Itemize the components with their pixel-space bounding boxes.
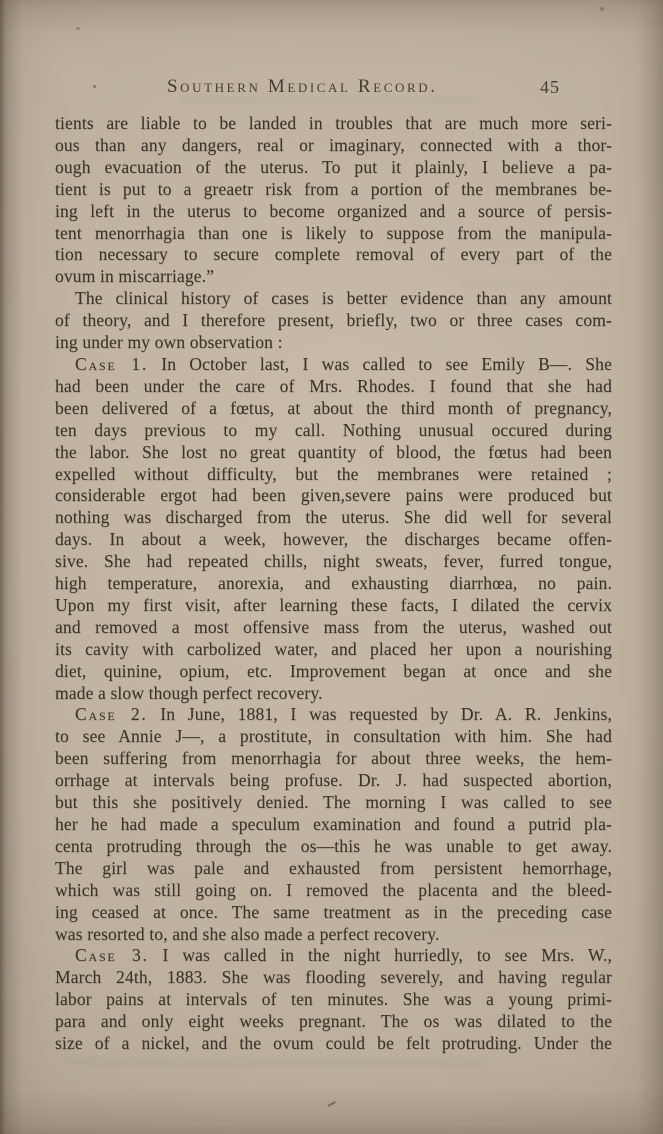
paragraph: Case 3. I was called in the night hurrie… (55, 945, 612, 1055)
text-line: centa protruding through the os—this he … (55, 836, 612, 858)
text-line: tent menorrhagia than one is likely to s… (55, 223, 612, 245)
text-line: The girl was pale and exhausted from per… (55, 858, 612, 880)
text-line: considerable ergot had been given,severe… (55, 485, 612, 507)
text-line: ing under my own observation : (55, 332, 612, 354)
text-line: of theory, and I therefore present, brie… (55, 310, 612, 332)
text-line: ous than any dangers, real or imaginary,… (55, 135, 612, 157)
page-header: Southern Medical Record. 45 (55, 76, 612, 100)
text-line: days. In about a week, however, the disc… (55, 529, 612, 551)
text-line: diet, quinine, opium, etc. Improvement b… (55, 661, 612, 683)
paragraph: Case 1. In October last, I was called to… (55, 354, 612, 705)
text-line: Case 3. I was called in the night hurrie… (55, 945, 612, 967)
text-line: its cavity with carbolized water, and pl… (55, 639, 612, 661)
text-line: and removed a most offensive mass from t… (55, 617, 612, 639)
text-line: size of a nickel, and the ovum could be … (55, 1033, 612, 1055)
text-line: Case 2. In June, 1881, I was requested b… (55, 704, 612, 726)
paragraph: tients are liable to be landed in troubl… (55, 113, 612, 288)
text-line: Case 1. In October last, I was called to… (55, 354, 612, 376)
text-line: Upon my first visit, after learning thes… (55, 595, 612, 617)
text-line: been delivered of a fœtus, at about the … (55, 398, 612, 420)
running-title: Southern Medical Record. (167, 76, 438, 98)
text-line: was resorted to, and she also made a per… (55, 924, 612, 946)
text-line: labor pains at intervals of ten minutes.… (55, 989, 612, 1011)
text-line: but this she positively denied. The morn… (55, 792, 612, 814)
text-line: been suffering from menorrhagia for abou… (55, 748, 612, 770)
text-line: nothing was discharged from the uterus. … (55, 507, 612, 529)
text-line: high temperature, anorexia, and exhausti… (55, 573, 612, 595)
text-line: the labor. She lost no great quantity of… (55, 442, 612, 464)
case-label: Case 3. (75, 945, 149, 965)
paragraph: Case 2. In June, 1881, I was requested b… (55, 704, 612, 945)
text-line: orrhage at intervals being profuse. Dr. … (55, 770, 612, 792)
text-line: para and only eight weeks pregnant. The … (55, 1011, 612, 1033)
text-line: her he had made a speculum examination a… (55, 814, 612, 836)
text-line: tient is put to a greaetr risk from a po… (55, 179, 612, 201)
text-line: March 24th, 1883. She was flooding sever… (55, 967, 612, 989)
text-line: ovum in miscarriage.” (55, 266, 612, 288)
text-line: tion necessary to secure complete remova… (55, 244, 612, 266)
text-line: The clinical history of cases is better … (55, 288, 612, 310)
text-line: ten days previous to my call. Nothing un… (55, 420, 612, 442)
text-line: had been under the care of Mrs. Rhodes. … (55, 376, 612, 398)
text-line: which was still going on. I removed the … (55, 880, 612, 902)
scanned-book-page: Southern Medical Record. 45 tients are l… (0, 0, 663, 1134)
text-line: ing ceased at once. The same treatment a… (55, 902, 612, 924)
page-content: Southern Medical Record. 45 tients are l… (0, 0, 663, 1055)
bleed-through-smudge (68, 1057, 488, 1070)
text-line: ing left in the uterus to become organiz… (55, 201, 612, 223)
page-body: tients are liable to be landed in troubl… (55, 113, 612, 1055)
text-line: tients are liable to be landed in troubl… (55, 113, 612, 135)
case-label: Case 2. (75, 704, 148, 724)
text-line: ough evacuation of the uterus. To put it… (55, 157, 612, 179)
text-line: expelled without difficulty, but the mem… (55, 464, 612, 486)
text-line: sive. She had repeated chills, night swe… (55, 551, 612, 573)
paper-scratch (327, 1101, 336, 1107)
paragraph: The clinical history of cases is better … (55, 288, 612, 354)
text-line: made a slow though perfect recovery. (55, 683, 612, 705)
case-label: Case 1. (75, 354, 148, 374)
text-line: to see Annie J—, a prostitute, in consul… (55, 726, 612, 748)
page-number: 45 (540, 77, 560, 98)
